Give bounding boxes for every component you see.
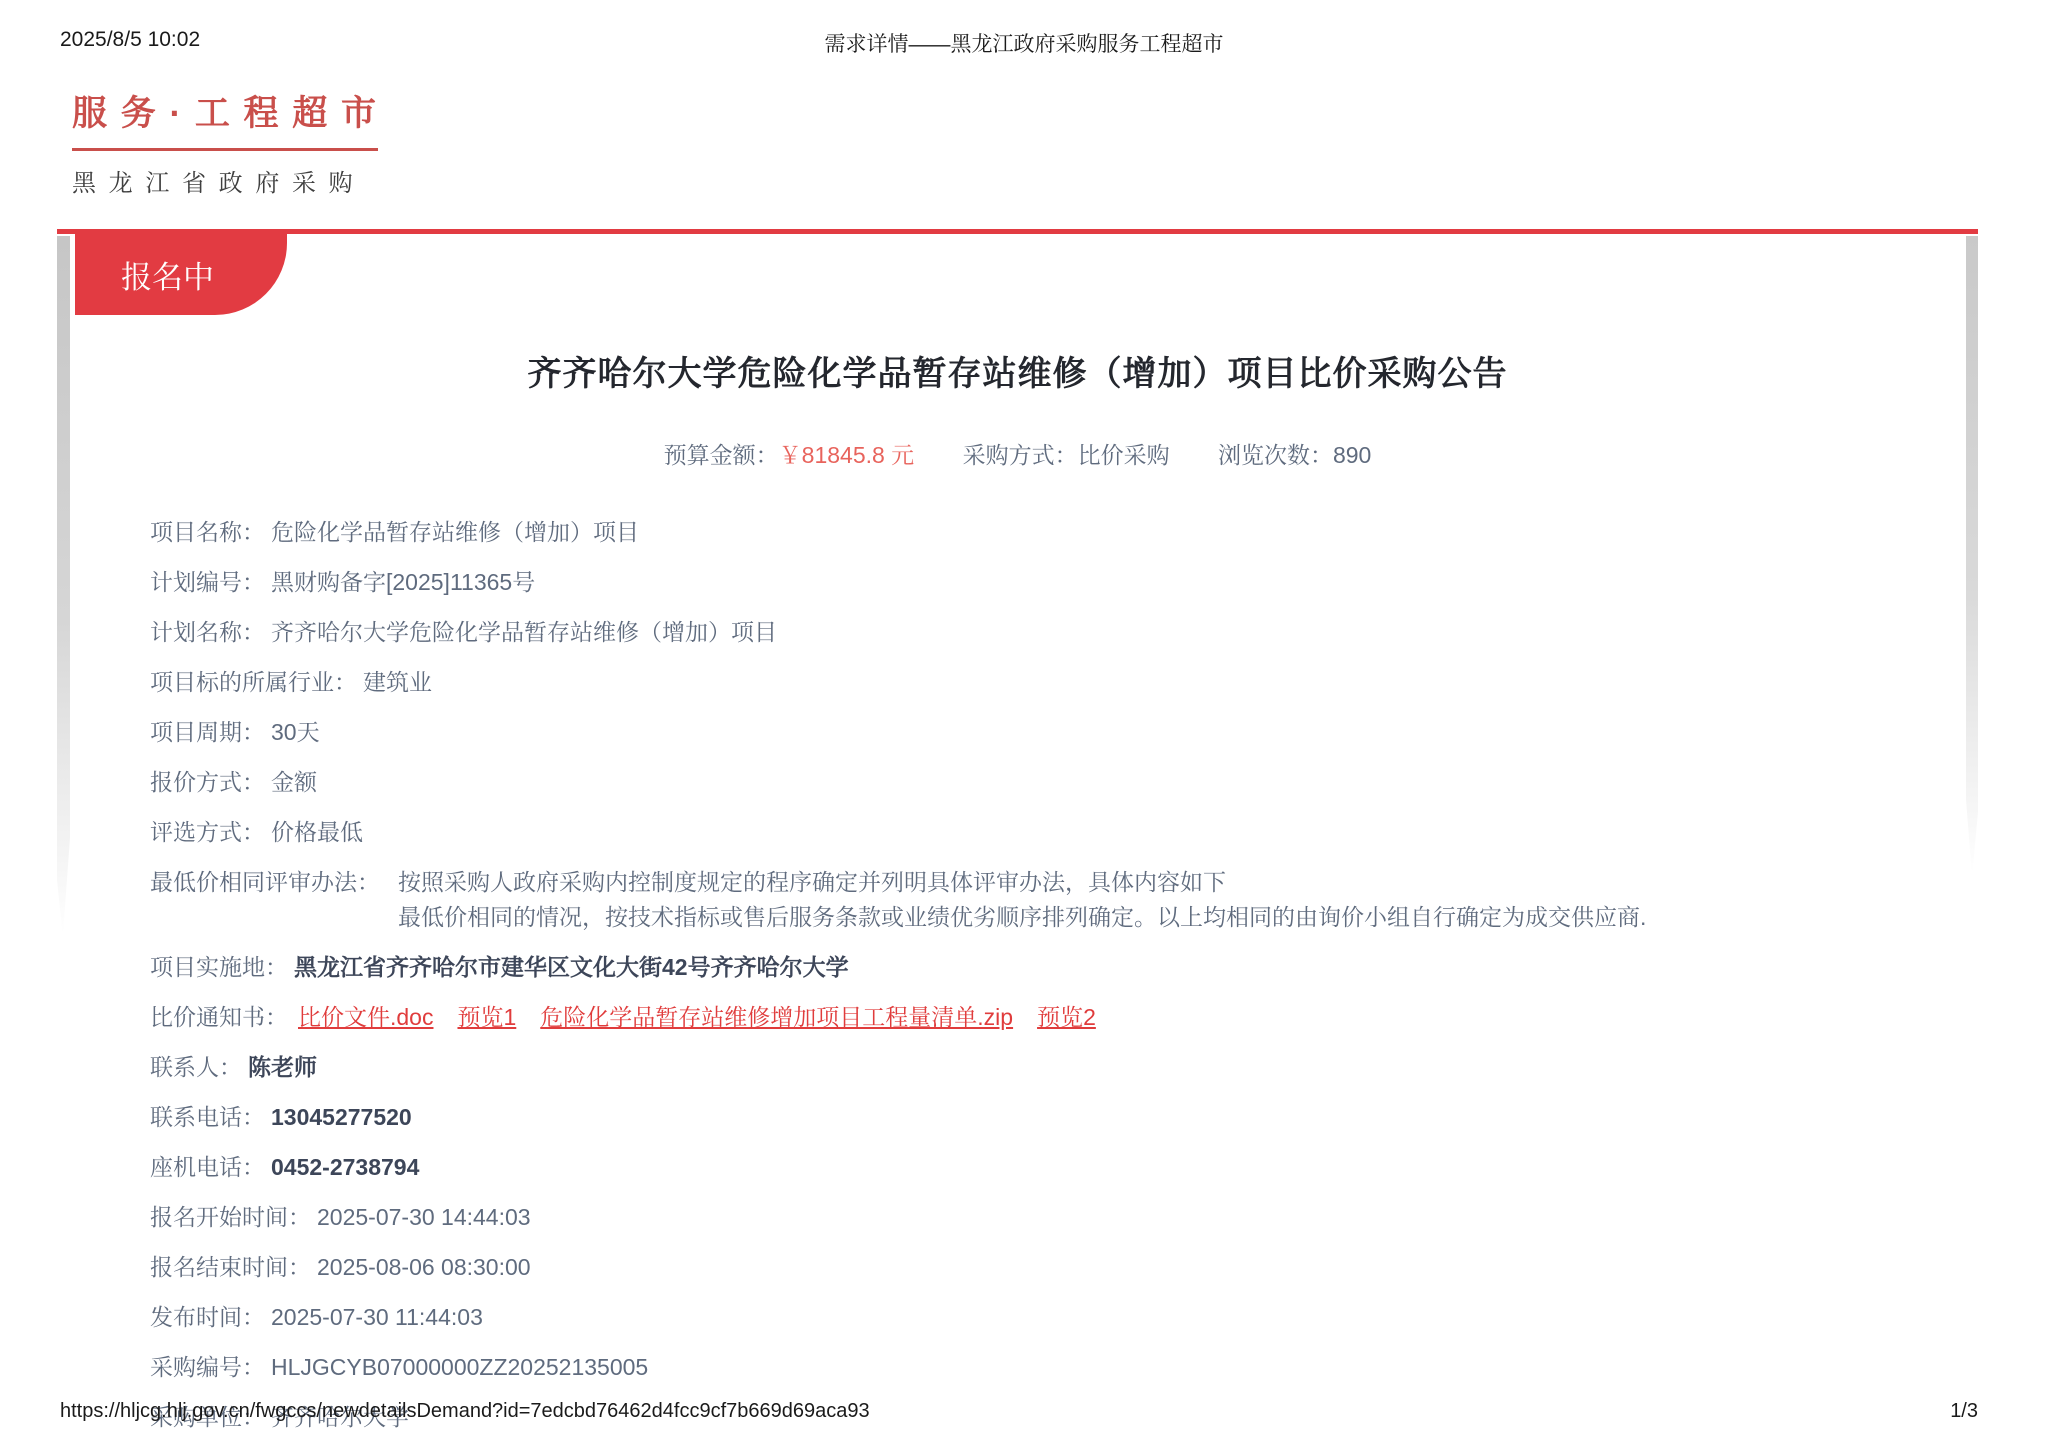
- meta-views-label: 浏览次数：: [1218, 442, 1333, 468]
- meta-method-label: 采购方式：: [963, 442, 1078, 468]
- field-row: 项目标的所属行业：建筑业: [150, 670, 1910, 695]
- field-label: 联系人：: [150, 1055, 242, 1080]
- field-row: 项目实施地：黑龙江省齐齐哈尔市建华区文化大街42号齐齐哈尔大学: [150, 955, 1910, 980]
- field-row: 计划名称：齐齐哈尔大学危险化学品暂存站维修（增加）项目: [150, 620, 1910, 645]
- field-value: 13045277520: [271, 1105, 412, 1130]
- field-value: 0452-2738794: [271, 1155, 419, 1180]
- field-label: 比价通知书：: [150, 1005, 288, 1030]
- attachment-link[interactable]: 比价文件.doc: [298, 1004, 433, 1030]
- field-label: 项目周期：: [150, 720, 265, 745]
- field-label: 最低价相同评审办法：: [150, 870, 380, 895]
- field-label: 发布时间：: [150, 1305, 265, 1330]
- field-row: 采购编号：HLJGCYB07000000ZZ20252135005: [150, 1355, 1910, 1380]
- field-value: HLJGCYB07000000ZZ20252135005: [271, 1355, 648, 1380]
- field-row: 报名结束时间：2025-08-06 08:30:00: [150, 1255, 1910, 1280]
- field-value: 30天: [271, 720, 320, 745]
- field-label: 项目实施地：: [150, 955, 288, 980]
- attachment-links: 比价文件.doc预览1危险化学品暂存站维修增加项目工程量清单.zip预览2: [298, 1005, 1120, 1030]
- field-row: 报名开始时间：2025-07-30 14:44:03: [150, 1205, 1910, 1230]
- field-list: 项目名称：危险化学品暂存站维修（增加）项目计划编号：黑财购备字[2025]113…: [150, 520, 1910, 1430]
- meta-method: 采购方式：比价采购: [963, 437, 1170, 470]
- field-value: 价格最低: [271, 820, 363, 845]
- field-value: 齐齐哈尔大学危险化学品暂存站维修（增加）项目: [271, 620, 777, 645]
- field-row: 比价通知书：比价文件.doc预览1危险化学品暂存站维修增加项目工程量清单.zip…: [150, 1005, 1910, 1030]
- field-label: 计划名称：: [150, 620, 265, 645]
- attachment-link[interactable]: 预览2: [1037, 1004, 1096, 1030]
- print-footer-page-number: 1/3: [1950, 1400, 1978, 1423]
- field-row: 项目名称：危险化学品暂存站维修（增加）项目: [150, 520, 1910, 545]
- field-row: 评选方式：价格最低: [150, 820, 1910, 845]
- print-preview-page: 2025/8/5 10:02 需求详情——黑龙江政府采购服务工程超市 服 务 ·…: [0, 0, 2048, 1447]
- field-row: 座机电话：0452-2738794: [150, 1155, 1910, 1180]
- announcement-body: 齐齐哈尔大学危险化学品暂存站维修（增加）项目比价采购公告 预算金额：￥81845…: [57, 250, 1978, 1447]
- field-row: 项目周期：30天: [150, 720, 1910, 745]
- field-row: 报价方式：金额: [150, 770, 1910, 795]
- meta-budget-value: ￥81845.8 元: [779, 442, 915, 468]
- field-value: 2025-07-30 11:44:03: [271, 1305, 483, 1330]
- field-row: 联系人：陈老师: [150, 1055, 1910, 1080]
- field-value: 黑龙江省齐齐哈尔市建华区文化大街42号齐齐哈尔大学: [294, 955, 849, 980]
- meta-budget: 预算金额：￥81845.8 元: [664, 437, 915, 470]
- field-label: 评选方式：: [150, 820, 265, 845]
- announcement-title: 齐齐哈尔大学危险化学品暂存站维修（增加）项目比价采购公告: [57, 346, 1978, 395]
- attachment-link[interactable]: 危险化学品暂存站维修增加项目工程量清单.zip: [540, 1004, 1013, 1030]
- field-row: 联系电话：13045277520: [150, 1105, 1910, 1130]
- meta-method-value: 比价采购: [1078, 442, 1170, 468]
- field-value-line: 最低价相同的情况，按技术指标或售后服务条款或业绩优劣顺序排列确定。以上均相同的由…: [398, 905, 1646, 930]
- announcement-meta: 预算金额：￥81845.8 元 采购方式：比价采购 浏览次数：890: [57, 437, 1978, 470]
- print-footer-url: https://hljcg.hlj.gov.cn/fwgccs/newdetai…: [60, 1400, 870, 1423]
- print-header-title: 需求详情——黑龙江政府采购服务工程超市: [0, 28, 2048, 58]
- field-label: 项目名称：: [150, 520, 265, 545]
- field-label: 报价方式：: [150, 770, 265, 795]
- site-logo-main: 服 务 · 工 程 超 市: [72, 86, 378, 151]
- field-value: 2025-08-06 08:30:00: [317, 1255, 531, 1280]
- field-row: 计划编号：黑财购备字[2025]11365号: [150, 570, 1910, 595]
- field-value-line: 按照采购人政府采购内控制度规定的程序确定并列明具体评审办法，具体内容如下: [398, 870, 1646, 895]
- meta-views: 浏览次数：890: [1218, 437, 1371, 470]
- field-label: 联系电话：: [150, 1105, 265, 1130]
- field-label: 计划编号：: [150, 570, 265, 595]
- field-value: 金额: [271, 770, 317, 795]
- content-top-rule: [57, 229, 1978, 234]
- field-label: 报名结束时间：: [150, 1255, 311, 1280]
- field-label: 报名开始时间：: [150, 1205, 311, 1230]
- attachment-link[interactable]: 预览1: [457, 1004, 516, 1030]
- meta-budget-label: 预算金额：: [664, 442, 779, 468]
- field-value: 危险化学品暂存站维修（增加）项目: [271, 520, 639, 545]
- field-value: 黑财购备字[2025]11365号: [271, 570, 535, 595]
- field-label: 项目标的所属行业：: [150, 670, 357, 695]
- field-value: 陈老师: [248, 1055, 317, 1080]
- meta-views-value: 890: [1333, 442, 1371, 468]
- field-value: 建筑业: [363, 670, 432, 695]
- site-logo-sub: 黑 龙 江 省 政 府 采 购: [72, 163, 378, 198]
- field-value-multiline: 按照采购人政府采购内控制度规定的程序确定并列明具体评审办法，具体内容如下最低价相…: [398, 870, 1646, 930]
- site-logo: 服 务 · 工 程 超 市 黑 龙 江 省 政 府 采 购: [72, 86, 378, 198]
- field-value: 2025-07-30 14:44:03: [317, 1205, 531, 1230]
- field-label: 采购编号：: [150, 1355, 265, 1380]
- field-row: 发布时间：2025-07-30 11:44:03: [150, 1305, 1910, 1330]
- field-label: 座机电话：: [150, 1155, 265, 1180]
- field-row: 最低价相同评审办法：按照采购人政府采购内控制度规定的程序确定并列明具体评审办法，…: [150, 870, 1910, 930]
